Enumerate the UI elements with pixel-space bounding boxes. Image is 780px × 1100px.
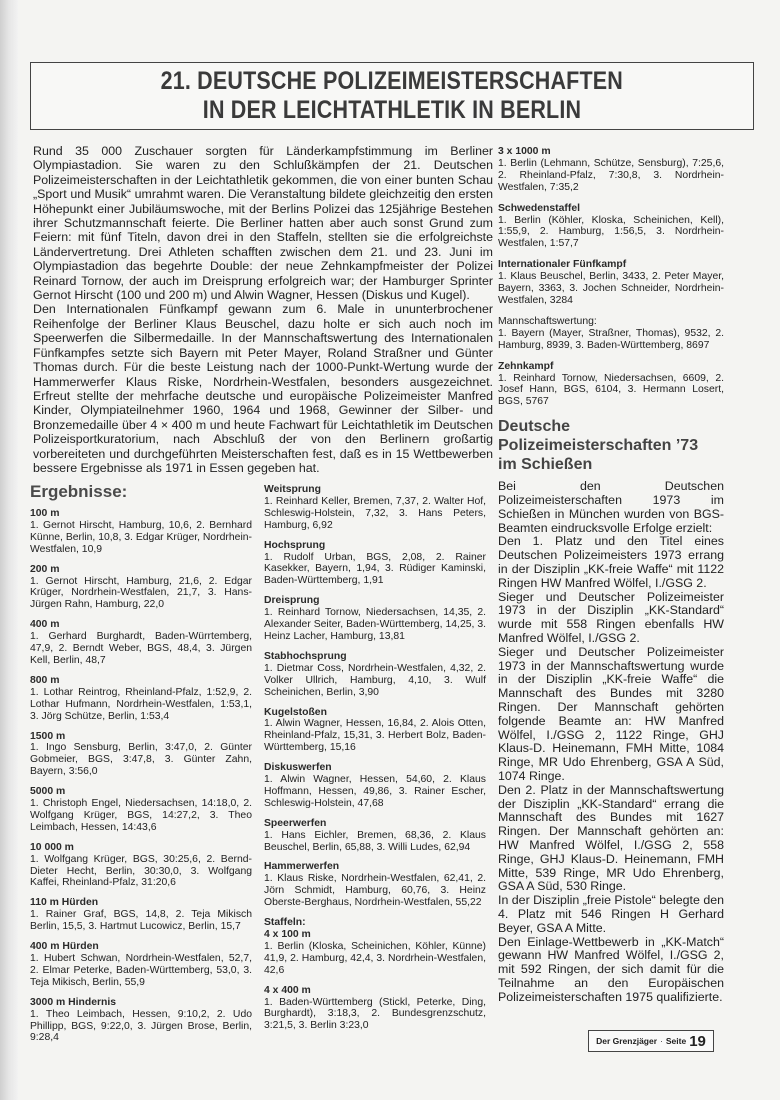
result-event: Dreisprung1. Reinhard Tornow, Niedersach… — [264, 595, 486, 643]
shooting-title-line-2: Polizeimeisterschaften ’73 — [498, 436, 724, 455]
result-event: Internationaler Fünfkampf1. Klaus Beusch… — [498, 259, 724, 307]
result-event: 3000 m Hindernis1. Theo Leimbach, Hessen… — [30, 997, 252, 1045]
relays-section: Staffeln: 4 x 100 m1. Berlin (Kloska, Sc… — [264, 917, 486, 1032]
shooting-article-body: Bei den Deutschen Polizeimeisterschaften… — [498, 480, 724, 1004]
result-event: Weitsprung1. Reinhard Keller, Bremen, 7,… — [264, 484, 486, 532]
event-results: 1. Klaus Beuschel, Berlin, 3433, 2. Pete… — [498, 271, 724, 307]
shooting-title-line-3: im Schießen — [498, 455, 724, 474]
shooting-paragraph: Bei den Deutschen Polizeimeisterschaften… — [498, 480, 724, 535]
result-event: 4 x 400 m1. Baden-Württemberg (Stickl, P… — [264, 985, 486, 1033]
event-results: 1. Lothar Reintrog, Rheinland-Pfalz, 1:5… — [30, 687, 252, 723]
result-event: 4 x 100 m1. Berlin (Kloska, Scheinichen,… — [264, 929, 486, 977]
event-results: 1. Dietmar Coss, Nordrhein-Westfalen, 4,… — [264, 663, 486, 699]
event-name: 1500 m — [30, 731, 252, 743]
event-results: 1. Wolfgang Krüger, BGS, 30:25,6, 2. Ber… — [30, 854, 252, 890]
shooting-paragraph: Sieger und Deutscher Polizeimeister 1973… — [498, 591, 724, 646]
result-event: Kugelstoßen1. Alwin Wagner, Hessen, 16,8… — [264, 707, 486, 755]
shooting-title-line-1: Deutsche — [498, 417, 724, 436]
footer-separator: · — [660, 1036, 663, 1046]
event-results: 1. Ingo Sensburg, Berlin, 3:47,0, 2. Gün… — [30, 742, 252, 778]
event-name: Dreisprung — [264, 595, 486, 607]
result-event: 400 m Hürden1. Hubert Schwan, Nordrhein-… — [30, 941, 252, 989]
intro-paragraph-1: Rund 35 000 Zuschauer sorgten für Länder… — [33, 144, 493, 302]
event-results: 1. Reinhard Keller, Bremen, 7,37, 2. Wal… — [264, 496, 486, 532]
result-event: Zehnkampf1. Reinhard Tornow, Niedersachs… — [498, 361, 724, 409]
result-event: 10 000 m1. Wolfgang Krüger, BGS, 30:25,6… — [30, 842, 252, 890]
event-name: Schwedenstaffel — [498, 203, 724, 215]
results-column-2: Weitsprung1. Reinhard Keller, Bremen, 7,… — [264, 484, 486, 1040]
page-spine-shadow — [0, 0, 18, 1100]
shooting-paragraph: In der Disziplin „freie Pistole“ belegte… — [498, 894, 724, 935]
event-name: 100 m — [30, 508, 252, 520]
event-name: Weitsprung — [264, 484, 486, 496]
event-name: Kugelstoßen — [264, 707, 486, 719]
event-results: 1. Baden-Württemberg (Stickl, Peterke, D… — [264, 997, 486, 1033]
event-results: 1. Bayern (Mayer, Straßner, Thomas), 953… — [498, 328, 724, 352]
result-event: 800 m1. Lothar Reintrog, Rheinland-Pfalz… — [30, 675, 252, 723]
event-results: 1. Berlin (Lehmann, Schütze, Sensburg), … — [498, 158, 724, 194]
event-name: Mannschaftswertung: — [498, 316, 724, 328]
page-footer: Der Grenzjäger · Seite 19 — [588, 1030, 714, 1052]
title-line-2: IN DER LEICHTATHLETIK IN BERLIN — [203, 96, 581, 125]
event-results: 1. Alwin Wagner, Hessen, 54,60, 2. Klaus… — [264, 774, 486, 810]
result-event: 5000 m1. Christoph Engel, Niedersachsen,… — [30, 786, 252, 834]
result-event: 110 m Hürden1. Rainer Graf, BGS, 14,8, 2… — [30, 897, 252, 933]
event-results: 1. Klaus Riske, Nordrhein-Westfalen, 62,… — [264, 873, 486, 909]
event-name: 400 m Hürden — [30, 941, 252, 953]
result-event: 3 x 1000 m1. Berlin (Lehmann, Schütze, S… — [498, 146, 724, 194]
event-results: 1. Christoph Engel, Niedersachsen, 14:18… — [30, 798, 252, 834]
shooting-section-title: Deutsche Polizeimeisterschaften ’73 im S… — [498, 417, 724, 474]
results-heading: Ergebnisse: — [30, 482, 252, 502]
page-number: 19 — [689, 1033, 706, 1050]
event-name: Diskuswerfen — [264, 762, 486, 774]
result-event: Mannschaftswertung:1. Bayern (Mayer, Str… — [498, 316, 724, 352]
event-name: 800 m — [30, 675, 252, 687]
result-event: 200 m1. Gernot Hirscht, Hamburg, 21,6, 2… — [30, 564, 252, 612]
event-results: 1. Theo Leimbach, Hessen, 9:10,2, 2. Udo… — [30, 1009, 252, 1045]
event-name: 110 m Hürden — [30, 897, 252, 909]
event-name: Hochsprung — [264, 540, 486, 552]
shooting-paragraph: Den Einlage-Wettbewerb in „KK-Match“ gew… — [498, 936, 724, 1005]
results-column-3: 3 x 1000 m1. Berlin (Lehmann, Schütze, S… — [498, 146, 724, 1005]
event-name: Internationaler Fünfkampf — [498, 259, 724, 271]
event-results: 1. Gerhard Burghardt, Baden-Würrtemberg,… — [30, 631, 252, 667]
result-event: Schwedenstaffel1. Berlin (Köhler, Kloska… — [498, 203, 724, 251]
event-name: Hammerwerfen — [264, 861, 486, 873]
event-name: 5000 m — [30, 786, 252, 798]
event-name: 10 000 m — [30, 842, 252, 854]
result-event: Hochsprung1. Rudolf Urban, BGS, 2,08, 2.… — [264, 540, 486, 588]
event-name: Stabhochsprung — [264, 651, 486, 663]
result-event: 400 m1. Gerhard Burghardt, Baden-Würrtem… — [30, 619, 252, 667]
result-event: 100 m1. Gernot Hirscht, Hamburg, 10,6, 2… — [30, 508, 252, 556]
event-name: 4 x 400 m — [264, 985, 486, 997]
event-results: 1. Reinhard Tornow, Niedersachsen, 14,35… — [264, 607, 486, 643]
event-results: 1. Alwin Wagner, Hessen, 16,84, 2. Alois… — [264, 718, 486, 754]
event-results: 1. Hubert Schwan, Nordrhein-Westfalen, 5… — [30, 953, 252, 989]
event-name: 200 m — [30, 564, 252, 576]
results-column-1: Ergebnisse: 100 m1. Gernot Hirscht, Hamb… — [30, 482, 252, 1052]
event-name: Speerwerfen — [264, 818, 486, 830]
page-label: Seite — [666, 1036, 686, 1046]
article-title-box: 21. DEUTSCHE POLIZEIMEISTERSCHAFTEN IN D… — [30, 62, 754, 130]
event-results: 1. Gernot Hirscht, Hamburg, 21,6, 2. Edg… — [30, 576, 252, 612]
event-name: 4 x 100 m — [264, 929, 486, 941]
result-event: Speerwerfen1. Hans Eichler, Bremen, 68,3… — [264, 818, 486, 854]
result-event: Diskuswerfen1. Alwin Wagner, Hessen, 54,… — [264, 762, 486, 810]
event-name: 3000 m Hindernis — [30, 997, 252, 1009]
event-results: 1. Rudolf Urban, BGS, 2,08, 2. Rainer Ka… — [264, 552, 486, 588]
event-results: 1. Reinhard Tornow, Niedersachsen, 6609,… — [498, 373, 724, 409]
event-name: 400 m — [30, 619, 252, 631]
event-results: 1. Gernot Hirscht, Hamburg, 10,6, 2. Ber… — [30, 520, 252, 556]
result-event: 1500 m1. Ingo Sensburg, Berlin, 3:47,0, … — [30, 731, 252, 779]
relays-heading: Staffeln: — [264, 917, 486, 929]
result-event: Hammerwerfen1. Klaus Riske, Nordrhein-We… — [264, 861, 486, 909]
event-name: 3 x 1000 m — [498, 146, 724, 158]
shooting-paragraph: Den 2. Platz in der Mannschaftswertung d… — [498, 784, 724, 894]
shooting-paragraph: Sieger und Deutscher Polizeimeister 1973… — [498, 646, 724, 784]
publication-name: Der Grenzjäger — [596, 1036, 657, 1046]
event-name: Zehnkampf — [498, 361, 724, 373]
event-results: 1. Rainer Graf, BGS, 14,8, 2. Teja Mikis… — [30, 909, 252, 933]
intro-text: Rund 35 000 Zuschauer sorgten für Länder… — [33, 144, 493, 475]
event-results: 1. Berlin (Kloska, Scheinichen, Köhler, … — [264, 941, 486, 977]
event-results: 1. Hans Eichler, Bremen, 68,36, 2. Klaus… — [264, 830, 486, 854]
event-results: 1. Berlin (Köhler, Kloska, Scheinichen, … — [498, 215, 724, 251]
result-event: Stabhochsprung1. Dietmar Coss, Nordrhein… — [264, 651, 486, 699]
title-line-1: 21. DEUTSCHE POLIZEIMEISTERSCHAFTEN — [161, 67, 623, 96]
intro-paragraph-2: Den Internationalen Fünfkampf gewann zum… — [33, 302, 493, 475]
shooting-paragraph: Den 1. Platz und den Titel eines Deutsch… — [498, 535, 724, 590]
